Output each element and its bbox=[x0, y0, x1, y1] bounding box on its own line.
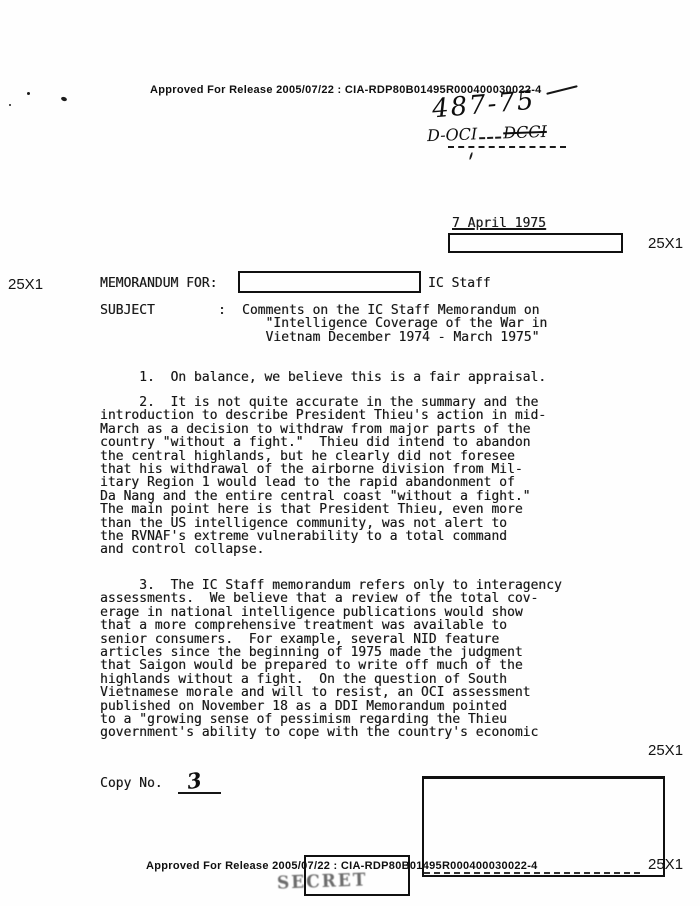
redaction-box-recipient bbox=[238, 271, 421, 293]
subject-separator: : bbox=[218, 304, 226, 317]
ink-mark bbox=[469, 152, 473, 160]
memo-for-label: MEMORANDUM FOR: bbox=[100, 277, 217, 290]
redaction-box-date bbox=[448, 233, 623, 253]
paragraph-3: 3. The IC Staff memorandum refers only t… bbox=[100, 579, 562, 740]
routing-annotation: D-OCIDCCI bbox=[427, 122, 547, 145]
margin-code-bottom: 25X1 bbox=[648, 856, 683, 873]
memo-document-page: Approved For Release 2005/07/22 : CIA-RD… bbox=[0, 0, 700, 906]
redaction-box-smudge bbox=[424, 872, 640, 874]
margin-code-left: 25X1 bbox=[8, 276, 43, 293]
memo-date: 7 April 1975 bbox=[452, 217, 546, 230]
routing-underline bbox=[448, 146, 566, 148]
release-line-bottom: Approved For Release 2005/07/22 : CIA-RD… bbox=[146, 860, 538, 872]
subject-label: SUBJECT bbox=[100, 304, 155, 317]
routing-gap-dashes bbox=[479, 126, 501, 140]
margin-code-mid: 25X1 bbox=[648, 742, 683, 759]
ink-speck bbox=[9, 104, 11, 106]
handwritten-dash bbox=[546, 85, 578, 95]
ink-speck bbox=[60, 96, 67, 102]
ink-speck bbox=[27, 92, 30, 95]
copy-number-underline bbox=[178, 792, 221, 794]
margin-code-date: 25X1 bbox=[648, 235, 683, 252]
subject-text: Comments on the IC Staff Memorandum on "… bbox=[242, 304, 547, 344]
handwritten-copy-number: 3 bbox=[185, 767, 203, 794]
memo-for-recipient: IC Staff bbox=[428, 277, 491, 290]
routing-crossed-out: DCCI bbox=[503, 122, 547, 143]
paragraph-1: 1. On balance, we believe this is a fair… bbox=[100, 371, 546, 384]
classification-stamp: SECRET bbox=[277, 870, 368, 894]
copy-no-label: Copy No. bbox=[100, 777, 163, 790]
paragraph-2: 2. It is not quite accurate in the summa… bbox=[100, 396, 546, 557]
routing-prefix: D-OCI bbox=[427, 124, 478, 145]
